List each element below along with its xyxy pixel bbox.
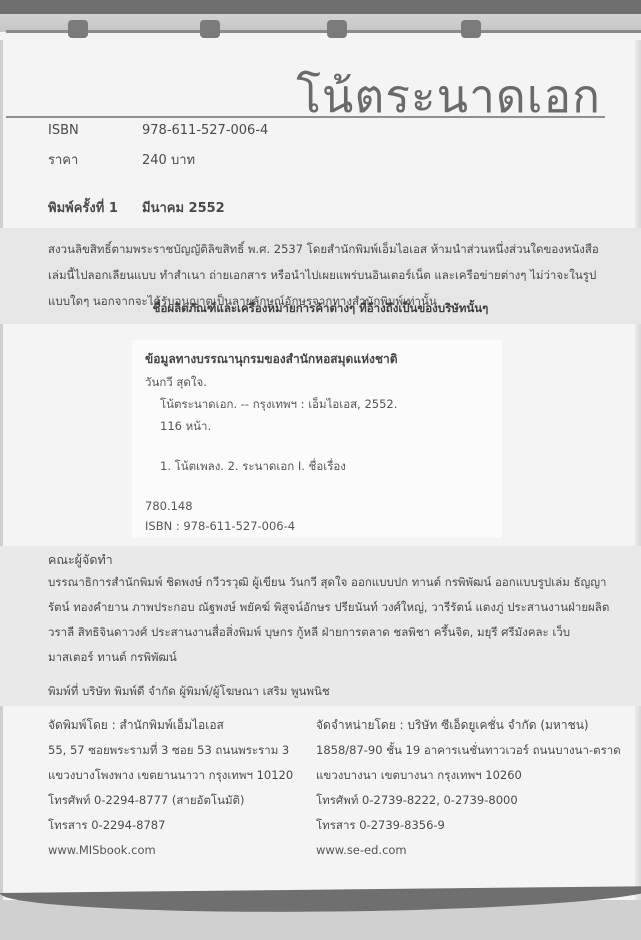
cip-subjects: 1. โน้ตเพลง. 2. ระนาดเอก I. ชื่อเรื่อง	[160, 458, 346, 476]
price-label: ราคา	[48, 149, 142, 170]
cip-author: วันกวี สุดใจ.	[145, 374, 207, 392]
binding-ring-icon	[200, 20, 220, 38]
publisher-address-2: แขวงบางโพงพาง เขตยานนาวา กรุงเทพฯ 10120	[48, 763, 308, 788]
distributor-phone: โทรศัพท์ 0-2739-8222, 0-2739-8000	[316, 788, 636, 813]
distributor-fax: โทรสาร 0-2739-8356-9	[316, 813, 636, 838]
publisher-fax: โทรสาร 0-2294-8787	[48, 813, 308, 838]
team-heading: คณะผู้จัดทำ	[48, 550, 113, 570]
binding-ring-icon	[327, 20, 347, 38]
distributor-address-1: 1858/87-90 ชั้น 19 อาคารเนชั่นทาวเวอร์ ถ…	[316, 738, 636, 763]
edition-row: พิมพ์ครั้งที่ 1มีนาคม 2552	[48, 197, 225, 218]
cip-imprint: โน้ตระนาดเอก. -- กรุงเทพฯ : เอ็มไอเอส, 2…	[160, 396, 397, 414]
distributor-heading: จัดจำหน่ายโดย : บริษัท ซีเอ็ดยูเคชั่น จำ…	[316, 713, 636, 738]
printer-info: พิมพ์ที่ บริษัท พิมพ์ดี จำกัด ผู้พิมพ์/ผ…	[48, 683, 330, 701]
publisher-phone: โทรศัพท์ 0-2294-8777 (สายอัตโนมัติ)	[48, 788, 308, 813]
edition-label: พิมพ์ครั้งที่ 1	[48, 197, 142, 218]
cip-classification: 780.148	[145, 499, 193, 513]
distributor-website-link[interactable]: www.se-ed.com	[316, 838, 636, 863]
publisher-website-link[interactable]: www.MISbook.com	[48, 838, 308, 863]
publisher-heading: จัดพิมพ์โดย : สำนักพิมพ์เอ็มไอเอส	[48, 713, 308, 738]
page-left-edge	[0, 40, 3, 900]
trademark-notice: ชื่อผลิตภัณฑ์และเครื่องหมายการค้าต่างๆ ท…	[0, 300, 641, 318]
price-row: ราคา240 บาท	[48, 149, 195, 170]
cip-isbn: ISBN : 978-611-527-006-4	[145, 519, 295, 533]
binding-rail	[6, 30, 641, 33]
publisher-block: จัดพิมพ์โดย : สำนักพิมพ์เอ็มไอเอส 55, 57…	[48, 713, 308, 863]
team-credits: บรรณาธิการสำนักพิมพ์ ชิดพงษ์ กวีวรวุฒิ ผ…	[48, 570, 613, 670]
isbn-label: ISBN	[48, 123, 142, 138]
publisher-address-1: 55, 57 ซอยพระรามที่ 3 ซอย 53 ถนนพระราม 3	[48, 738, 308, 763]
cip-pages: 116 หน้า.	[160, 418, 211, 436]
copyright-page: โน้ตระนาดเอก ISBN978-611-527-006-4 ราคา2…	[0, 0, 641, 940]
binding-ring-icon	[68, 20, 88, 38]
background-watermark	[480, 340, 640, 380]
price-value: 240 บาท	[142, 153, 195, 168]
book-title: โน้ตระนาดเอก	[296, 60, 601, 133]
cip-title: ข้อมูลทางบรรณานุกรมของสำนักหอสมุดแห่งชาต…	[145, 350, 398, 369]
isbn-row: ISBN978-611-527-006-4	[48, 123, 268, 138]
isbn-value: 978-611-527-006-4	[142, 123, 268, 138]
top-binding-band	[0, 0, 641, 14]
distributor-block: จัดจำหน่ายโดย : บริษัท ซีเอ็ดยูเคชั่น จำ…	[316, 713, 636, 863]
distributor-address-2: แขวงบางนา เขตบางนา กรุงเทพฯ 10260	[316, 763, 636, 788]
edition-date: มีนาคม 2552	[142, 201, 225, 216]
binding-ring-icon	[461, 20, 481, 38]
title-divider	[6, 116, 605, 118]
